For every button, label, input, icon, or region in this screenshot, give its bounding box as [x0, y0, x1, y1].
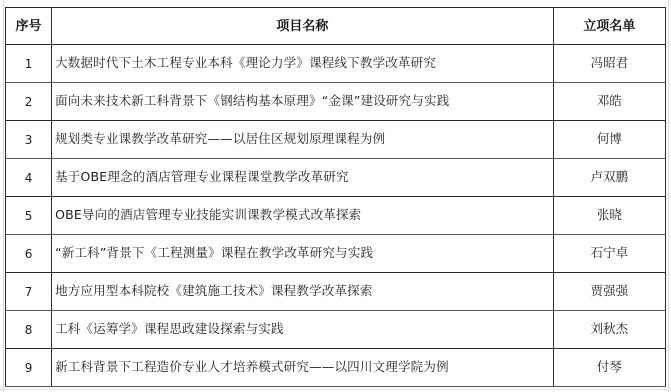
project-leader-cell[interactable]: 付琴 — [553, 349, 665, 387]
project-name-cell[interactable]: OBE导向的酒店管理专业技能实训课教学模式改革探索 — [52, 197, 554, 235]
project-leader-cell[interactable]: 邓皓 — [553, 83, 665, 121]
project-name-cell[interactable]: 基于OBE理念的酒店管理专业课程课堂教学改革研究 — [52, 159, 554, 197]
project-leader-cell[interactable]: 冯昭君 — [553, 45, 665, 83]
table-header-row: 序号 项目名称 立项名单 — [6, 8, 666, 45]
table-row: 3 规划类专业课教学改革研究——以居住区规划原理课程为例 何博 — [6, 121, 666, 159]
table-row: 1 大数据时代下土木工程专业本科《理论力学》课程线下教学改革研究 冯昭君 — [6, 45, 666, 83]
project-leader-cell[interactable]: 何博 — [553, 121, 665, 159]
header-cell-name[interactable]: 项目名称 — [52, 8, 554, 45]
sheet-gridline-bottom — [0, 389, 671, 390]
row-number-cell[interactable]: 3 — [6, 121, 52, 159]
row-number-cell[interactable]: 5 — [6, 197, 52, 235]
header-cell-leader[interactable]: 立项名单 — [553, 8, 665, 45]
table-row: 4 基于OBE理念的酒店管理专业课程课堂教学改革研究 卢双鹏 — [6, 159, 666, 197]
project-name-cell[interactable]: 地方应用型本科院校《建筑施工技术》课程教学改革探索 — [52, 273, 554, 311]
row-number-cell[interactable]: 4 — [6, 159, 52, 197]
table-row: 7 地方应用型本科院校《建筑施工技术》课程教学改革探索 贾强强 — [6, 273, 666, 311]
row-number-cell[interactable]: 2 — [6, 83, 52, 121]
table-row: 8 工科《运筹学》课程思政建设探索与实践 刘秋杰 — [6, 311, 666, 349]
project-leader-cell[interactable]: 卢双鹏 — [553, 159, 665, 197]
row-number-cell[interactable]: 1 — [6, 45, 52, 83]
header-cell-no[interactable]: 序号 — [6, 8, 52, 45]
row-number-cell[interactable]: 6 — [6, 235, 52, 273]
project-name-cell[interactable]: 规划类专业课教学改革研究——以居住区规划原理课程为例 — [52, 121, 554, 159]
sheet-gridline-left — [3, 0, 4, 392]
project-name-cell[interactable]: “新工科”背景下《工程测量》课程在教学改革研究与实践 — [52, 235, 554, 273]
row-number-cell[interactable]: 8 — [6, 311, 52, 349]
project-leader-cell[interactable]: 张晓 — [553, 197, 665, 235]
table-row: 6 “新工科”背景下《工程测量》课程在教学改革研究与实践 石宁卓 — [6, 235, 666, 273]
table-row: 5 OBE导向的酒店管理专业技能实训课教学模式改革探索 张晓 — [6, 197, 666, 235]
row-number-cell[interactable]: 9 — [6, 349, 52, 387]
project-leader-cell[interactable]: 刘秋杰 — [553, 311, 665, 349]
project-leader-cell[interactable]: 贾强强 — [553, 273, 665, 311]
row-number-cell[interactable]: 7 — [6, 273, 52, 311]
project-name-cell[interactable]: 新工科背景下工程造价专业人才培养模式研究——以四川文理学院为例 — [52, 349, 554, 387]
project-table: 序号 项目名称 立项名单 1 大数据时代下土木工程专业本科《理论力学》课程线下教… — [5, 7, 666, 387]
project-name-cell[interactable]: 工科《运筹学》课程思政建设探索与实践 — [52, 311, 554, 349]
project-name-cell[interactable]: 面向未来技术新工科背景下《钢结构基本原理》“金课”建设研究与实践 — [52, 83, 554, 121]
project-name-cell[interactable]: 大数据时代下土木工程专业本科《理论力学》课程线下教学改革研究 — [52, 45, 554, 83]
table-row: 9 新工科背景下工程造价专业人才培养模式研究——以四川文理学院为例 付琴 — [6, 349, 666, 387]
table-row: 2 面向未来技术新工科背景下《钢结构基本原理》“金课”建设研究与实践 邓皓 — [6, 83, 666, 121]
project-leader-cell[interactable]: 石宁卓 — [553, 235, 665, 273]
sheet-gridline-right — [668, 0, 669, 392]
